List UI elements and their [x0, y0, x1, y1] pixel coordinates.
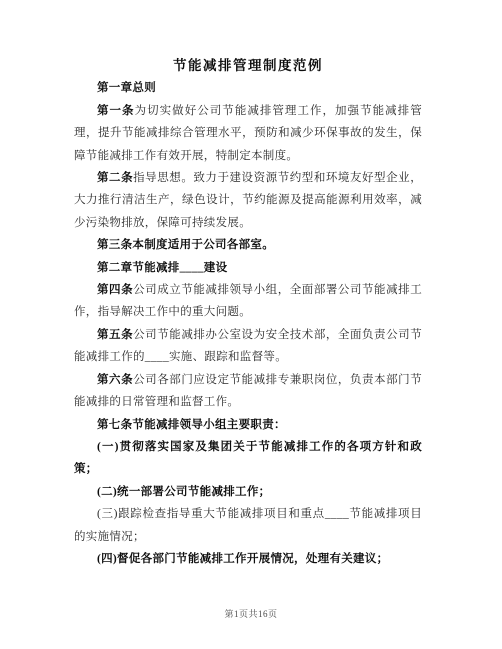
paragraph: 第七条节能减排领导小组主要职责： [74, 414, 422, 436]
page-number: 第1页共16页 [0, 607, 502, 620]
article-number: 第二条 [97, 172, 133, 184]
document-body: 第一章总则第一条为切实做好公司节能减排管理工作，加强节能减排管理，提升节能减排综… [74, 77, 422, 570]
paragraph: 第四条公司成立节能减排领导小组，全面部署公司节能减排工作，指导解决工作中的重大问… [74, 279, 422, 324]
paragraph: (二)统一部署公司节能减排工作； [74, 481, 422, 503]
paragraph: 第二条指导思想。致力于建设资源节约型和环境友好型企业，大力推行清洁生产，绿色设计… [74, 167, 422, 234]
paragraph: (四)督促各部门节能减排工作开展情况，处理有关建议； [74, 548, 422, 570]
article-number: 第六条 [97, 374, 133, 386]
paragraph: 第五条公司节能减排办公室设为安全技术部，全面负责公司节能减排工作的____实施、… [74, 324, 422, 369]
paragraph: 第三条本制度适用于公司各部室。 [74, 234, 422, 256]
article-number: 第一条 [97, 105, 135, 117]
paragraph: 第二章节能减排____建设 [74, 257, 422, 279]
paragraph: (一)贯彻落实国家及集团关于节能减排工作的各项方针和政策； [74, 436, 422, 481]
paragraph: 第六条公司各部门应设定节能减排专兼职岗位，负责本部门节能减排的日常管理和监督工作… [74, 369, 422, 414]
paragraph: (三)跟踪检查指导重大节能减排项目和重点____节能减排项目的实施情况； [74, 503, 422, 548]
paragraph: 第一章总则 [74, 77, 422, 99]
document-title: 节能减排管理制度范例 [74, 55, 422, 77]
paragraph: 第一条为切实做好公司节能减排管理工作，加强节能减排管理，提升节能减排综合管理水平… [74, 100, 422, 167]
document-page: 节能减排管理制度范例 第一章总则第一条为切实做好公司节能减排管理工作，加强节能减… [0, 0, 502, 649]
article-number: 第五条 [97, 329, 133, 341]
article-number: 第四条 [97, 284, 133, 296]
